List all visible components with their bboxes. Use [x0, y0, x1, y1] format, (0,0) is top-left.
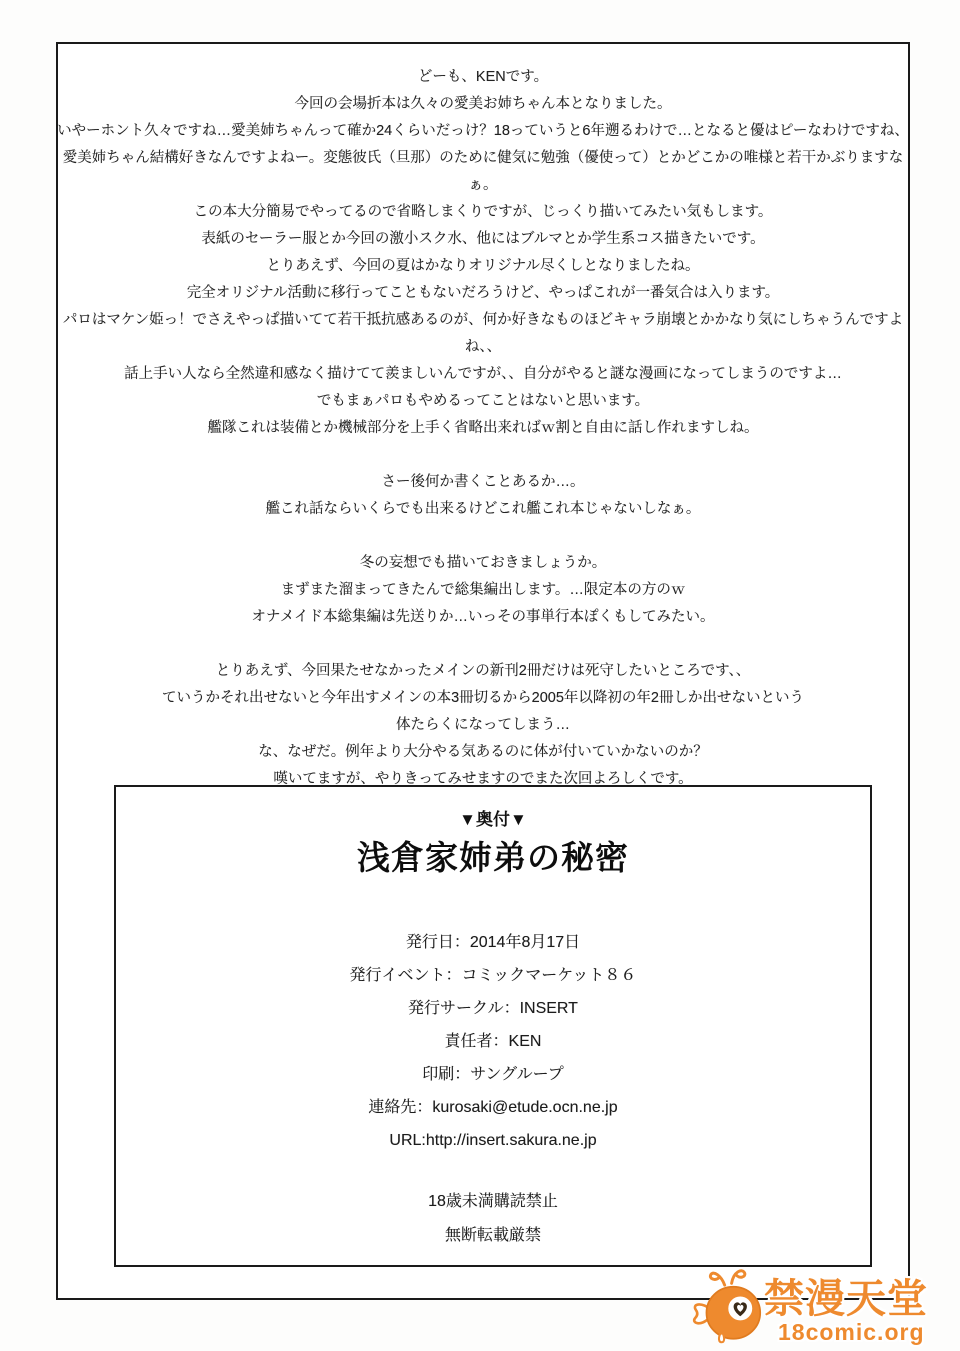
colophon-entry-date: 発行日：2014年8月17日 [116, 926, 870, 959]
afterword-line: パロはマケン姫っ！でさえやっぱ描いてて若干抵抗感あるのが、何か好きなものほどキャ… [56, 307, 910, 361]
no-reproduction-notice: 無断転載厳禁 [116, 1219, 870, 1253]
afterword-paragraph: 冬の妄想でも描いておきましょうか。 まずまた溜まってきたんで総集編出します。…限… [56, 550, 910, 631]
afterword-line: 今回の会場折本は久々の愛美お姉ちゃん本となりました。 [56, 91, 910, 118]
afterword-line: 表紙のセーラー服とか今回の激小スク水、他にはブルマとか学生系コス描きたいです。 [56, 226, 910, 253]
afterword-line: な、なぜだ。例年より大分やる気あるのに体が付いていかないのか？ [56, 739, 910, 766]
afterword-line: でもまぁパロもやめるってことはないと思います。 [56, 388, 910, 415]
afterword-line: ていうかそれ出せないと今年出すメインの本3冊切るから2005年以降初の年2冊しか… [56, 685, 910, 712]
afterword-line: 話上手い人なら全然違和感なく描けてて羨ましいんですが、、自分がやると謎な漫画にな… [56, 361, 910, 388]
afterword-line: オナメイド本総集編は先送りか…いっその事単行本ぽくもしてみたい。 [56, 604, 910, 631]
afterword-line: まずまた溜まってきたんで総集編出します。…限定本の方のｗ [56, 577, 910, 604]
watermark-site-name: 禁漫天堂 [764, 1279, 928, 1319]
afterword-text: どーも、KENです。 今回の会場折本は久々の愛美お姉ちゃん本となりました。 いや… [56, 64, 910, 793]
afterword-line: どーも、KENです。 [56, 64, 910, 91]
afterword-line: この本大分簡易でやってるので省略しまくりですが、じっくり描いてみたい気もします。 [56, 199, 910, 226]
afterword-line: とりあえず、今回果たせなかったメインの新刊2冊だけは死守したいところです、、 [56, 658, 910, 685]
colophon-entry-printer: 印刷：サングループ [116, 1058, 870, 1091]
colophon-header: ▼奥付▼ [116, 810, 870, 830]
colophon-entry-contact: 連絡先：kurosaki@etude.ocn.ne.jp [116, 1091, 870, 1124]
book-title: 浅倉家姉弟の秘密 [116, 838, 870, 878]
afterword-line: とりあえず、今回の夏はかなりオリジナル尽くしとなりましたね。 [56, 253, 910, 280]
afterword-line: 体たらくになってしまう… [56, 712, 910, 739]
colophon-box: ▼奥付▼ 浅倉家姉弟の秘密 発行日：2014年8月17日 発行イベント：コミック… [114, 785, 872, 1267]
colophon-entry-circle: 発行サークル：INSERT [116, 992, 870, 1025]
afterword-line: 艦これ話ならいくらでも出来るけどこれ艦これ本じゃないしなぁ。 [56, 496, 910, 523]
colophon-entry-author: 責任者：KEN [116, 1025, 870, 1058]
colophon-entry-event: 発行イベント：コミックマーケット８６ [116, 959, 870, 992]
afterword-line: いやーホント久々ですね…愛美姉ちゃんって確か24くらいだっけ？18っていうと6年… [56, 118, 910, 145]
afterword-line: さー後何か書くことあるか…。 [56, 469, 910, 496]
afterword-paragraph: どーも、KENです。 今回の会場折本は久々の愛美お姉ちゃん本となりました。 いや… [56, 64, 910, 442]
afterword-line: 完全オリジナル活動に移行ってこともないだろうけど、やっぱこれが一番気合は入ります… [56, 280, 910, 307]
afterword-line: 愛美姉ちゃん結構好きなんですよねー。変態彼氏（旦那）のために健気に勉強（優使って… [56, 145, 910, 199]
afterword-line: 冬の妄想でも描いておきましょうか。 [56, 550, 910, 577]
watermark-site-url: 18comic.org [778, 1320, 928, 1344]
afterword-paragraph: さー後何か書くことあるか…。 艦これ話ならいくらでも出来るけどこれ艦これ本じゃな… [56, 469, 910, 523]
colophon-entry-url: URL:http://insert.sakura.ne.jp [116, 1124, 870, 1157]
scanned-page: どーも、KENです。 今回の会場折本は久々の愛美お姉ちゃん本となりました。 いや… [0, 0, 960, 1351]
watermark-logo: 禁漫天堂 18comic.org [690, 1259, 958, 1351]
afterword-paragraph: とりあえず、今回果たせなかったメインの新刊2冊だけは死守したいところです、、 て… [56, 658, 910, 793]
afterword-line: 艦隊これは装備とか機械部分を上手く省略出来ればｗ割と自由に話し作れますしね。 [56, 415, 910, 442]
colophon-notices: 18歳未満購読禁止 無断転載厳禁 [116, 1185, 870, 1253]
watermark-text: 禁漫天堂 18comic.org [764, 1259, 928, 1344]
age-restriction-notice: 18歳未満購読禁止 [116, 1185, 870, 1219]
colophon-entries: 発行日：2014年8月17日 発行イベント：コミックマーケット８６ 発行サークル… [116, 926, 870, 1157]
mascot-icon [690, 1263, 768, 1347]
